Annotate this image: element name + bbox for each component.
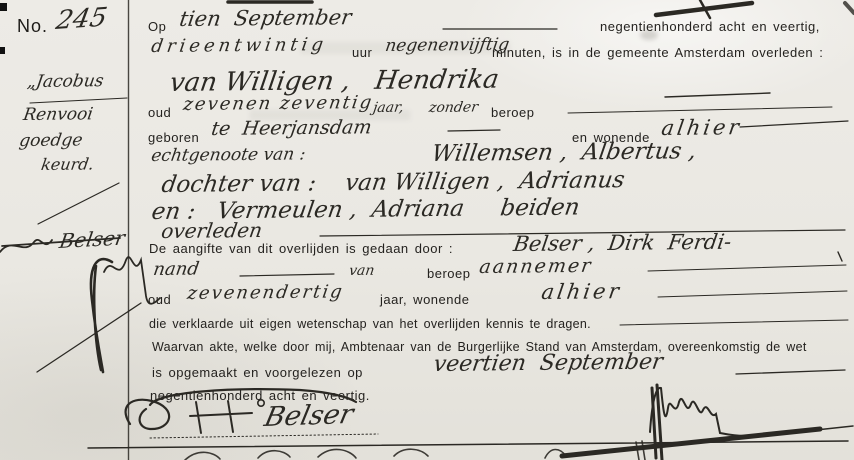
rule-after-alhier xyxy=(740,121,848,127)
declarant-signature-flourish xyxy=(126,389,356,429)
rule-after-verklaring xyxy=(620,320,848,325)
rule-after-aannemer xyxy=(648,265,846,271)
margin-signature-flourish xyxy=(0,238,120,252)
declarant-signature-flourish xyxy=(190,401,252,433)
renvooi-underline xyxy=(30,98,127,103)
rule-after-overleden xyxy=(320,230,845,236)
rule-after-alhier-2 xyxy=(658,291,847,297)
record-separator-line xyxy=(88,441,848,448)
signature-dotted-line xyxy=(150,434,378,438)
ink-strokes-overlay xyxy=(0,0,854,460)
declarant-signature-flourish xyxy=(258,400,264,406)
rule-after-akte-date xyxy=(736,370,845,374)
margin-registrar-paraph xyxy=(104,257,160,304)
margin-diagonal-stroke xyxy=(38,183,119,224)
rule-after-beroep xyxy=(568,107,832,113)
death-certificate-scan: No. 245 „Jacobus Renvooi goedge keurd. B… xyxy=(0,0,854,460)
registrar-signature xyxy=(650,388,770,436)
stray-tick xyxy=(838,252,842,261)
scan-edge-mark xyxy=(0,47,5,54)
scan-edge-mark xyxy=(845,3,854,13)
margin-registrar-paraph xyxy=(91,259,112,372)
scan-edge-mark xyxy=(0,3,7,11)
closing-pen-stroke xyxy=(562,429,820,456)
rule-after-nand xyxy=(240,274,334,276)
margin-diagonal-stroke-2 xyxy=(37,303,141,372)
rule-before-wonende xyxy=(448,130,500,131)
rule-after-name xyxy=(665,93,770,97)
